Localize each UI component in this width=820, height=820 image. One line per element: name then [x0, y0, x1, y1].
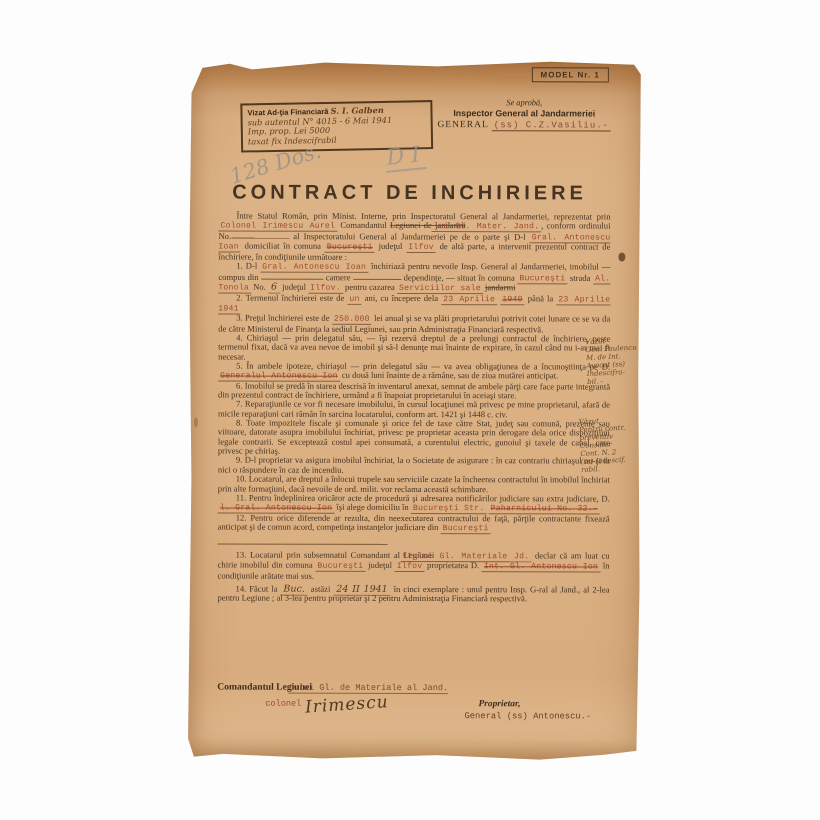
owner-signature: Proprietar, General (ss) Antonescu.- [478, 699, 591, 721]
typed-fill-struck: Int. Gl. Antonescu Ion [482, 563, 600, 573]
margin-note: VăzutGen. PaulencuM. de Int.Avocat (ss)I… [585, 335, 649, 386]
typed-fill: 23 Aprilie [441, 295, 497, 305]
approval-general-label: GENERAL [437, 120, 488, 130]
signatures-row: colonel Irimescu Proprietar, General (ss… [217, 698, 615, 721]
blank-field-line [261, 272, 323, 280]
printed-text: îşi alege domiciliu în [334, 502, 411, 512]
typed-fill: Bucureşti [315, 562, 365, 572]
typed-fill: Ilfov [406, 243, 436, 253]
printed-text: dependinţe, — situat în comuna [401, 272, 517, 282]
commander-handwritten-signature: Irimescu [305, 692, 390, 724]
contract-paragraph: 13. Locatarul prin subsemnatul Comandant… [218, 550, 610, 581]
typed-fill: un [347, 294, 361, 304]
contract-paragraph: 5. În ambele ipoteze, chiriaşul — prin d… [218, 362, 610, 383]
printed-text: 9. D-l proprietar va asigura imobilul în… [218, 455, 610, 475]
printed-text: strada [567, 272, 593, 282]
printed-text: 3. Preţul închirierei este de [236, 313, 332, 323]
ink-blot [618, 253, 625, 262]
printed-text-struck: jandarmi [485, 282, 516, 292]
blank-field-line [231, 231, 289, 239]
margin-note-line: rabil. [581, 463, 643, 474]
printed-text: judeţul [280, 282, 308, 292]
printed-text: judeţul [375, 241, 406, 251]
margin-note: VăzutPentru contr.preventivConsilierCont… [579, 415, 644, 474]
contract-paragraph: 9. D-l proprietar va asigura imobilul în… [218, 456, 610, 476]
printed-text: camere [323, 272, 353, 282]
contract-paragraph: 11. Pentru îndeplinirea oricăror acte de… [218, 493, 610, 514]
contract-body: Între Statul Român, prin Minist. Interne… [217, 211, 610, 604]
signature-block: Comandantul Legiunei tului Gl. de Materi… [217, 681, 615, 721]
approval-block: Se aprobă, Inspector General al Jandarme… [422, 98, 627, 131]
blank-field-line [218, 537, 388, 545]
stamp-lines: sub autentul N° 4015 - 6 Mai 1941Imp. pr… [248, 115, 426, 147]
commander-signature: colonel Irimescu [265, 699, 389, 721]
printed-text: 6. Imobilul se predă în starea descrisă … [218, 380, 610, 400]
contract-paragraph: 2. Termenul închirierei este de un ani, … [218, 293, 610, 315]
contract-paragraph: 7. Reparaţiunile ce vor fi necesare imob… [218, 400, 610, 420]
model-number-box: MODEL Nr. 1 [532, 67, 609, 82]
printed-text: ani, cu începere dela [362, 292, 441, 302]
printed-text: domiciliat în comuna [241, 241, 325, 251]
printed-text: Comandantul [337, 220, 390, 230]
model-number-label: MODEL Nr. 1 [541, 70, 600, 79]
pencil-dossier-mark: D I [383, 142, 427, 173]
contract-paragraph: Între Statul Român, prin Minist. Interne… [218, 211, 610, 262]
printed-text: judeţul [365, 560, 394, 570]
contract-paragraph: 14. Făcut la Buc. astăzi 24 II 1941 în c… [217, 585, 609, 605]
printed-text: 1. D-l [236, 261, 260, 271]
printed-text: 10. Locatarul, are dreptul a înlocui tru… [218, 474, 610, 494]
printed-text: cu două luni înainte de a rămâne, sau de… [340, 370, 559, 381]
owner-name-typed: General (ss) Antonescu.- [464, 711, 591, 721]
printed-text: 7. Reparaţiunile ce vor fi necesare imob… [218, 399, 610, 419]
printed-text: 11. Pentru îndeplinirea oricăror acte de… [236, 492, 610, 503]
owner-role-label: Proprietar, [479, 699, 592, 709]
photo-backdrop: MODEL Nr. 1 Vizat Ad-ţia Financiară S. I… [0, 0, 820, 820]
contract-paragraph: 8. Toate impozitele fiscale şi comunale … [218, 419, 610, 457]
approval-general-line: GENERAL (ss) C.Z.Vasiliu.- [422, 120, 627, 131]
approval-general-signature: (ss) C.Z.Vasiliu.- [492, 120, 611, 131]
typed-fill: Bucureşti [517, 274, 567, 284]
printed-text: 12. Pentru orice diferende ar rezulta, d… [218, 512, 610, 532]
paper-stain [194, 417, 198, 427]
printed-text: pentru cazarea [343, 282, 397, 292]
printed-text: 2. Termenul închirierei este de [236, 292, 347, 302]
approval-inspector-title: Inspector General al Jandarmeriei [422, 108, 627, 119]
paper-speck [553, 804, 558, 808]
typed-fill-overlay: ttului Gl. Materiale Jd. [400, 552, 531, 562]
printed-text: No. [251, 282, 268, 292]
printed-text: al Inspectoratului General al Jandarmeri… [289, 231, 530, 242]
margin-note-line: Indescifra- [587, 367, 649, 378]
margin-note-line: bil. - [587, 375, 649, 386]
approval-se-aproba: Se aprobă, [422, 98, 627, 108]
commander-title-line: Comandantul Legiunei tului Gl. de Materi… [217, 681, 615, 693]
typed-fill: Ilfov [395, 562, 425, 572]
contract-paragraph: 1. D-l Gral. Antonescu Ioan închiriază p… [218, 262, 610, 294]
contract-paragraph: 4. Chiriaşul — prin delegatul său, — îşi… [218, 333, 610, 362]
typed-fill-struck: 1940 [500, 295, 524, 305]
typed-fill: Bucureşti [441, 524, 491, 534]
contract-paragraph: 12. Pentru orice diferende ar rezulta, d… [218, 513, 610, 534]
contract-document-sheet: MODEL Nr. 1 Vizat Ad-ţia Financiară S. I… [187, 59, 641, 760]
contract-paragraph: 3. Preţul închirierei este de 250.000 le… [218, 314, 610, 335]
contract-paragraph: 10. Locatarul, are dreptul a înlocui tru… [218, 475, 610, 495]
blank-field-line [353, 272, 401, 280]
printed-text: până la [525, 293, 557, 303]
printed-text: 8. Toate impozitele fiscale şi comunale … [218, 418, 610, 456]
contract-paragraph [218, 537, 610, 548]
printed-text: 13. Locatarul prin subsemnatul Comandant… [236, 550, 404, 560]
printed-text: 4. Chiriaşul — prin delegatul său, — îşi… [218, 333, 610, 362]
rank-label: colonel [265, 699, 301, 721]
document-title: CONTRACT DE INCHIRIERE [189, 181, 631, 205]
typed-fill-overlay: lui Gl. Mater. Jand. [432, 222, 542, 232]
contract-paragraph: 6. Imobilul se predă în starea descrisă … [218, 381, 610, 401]
